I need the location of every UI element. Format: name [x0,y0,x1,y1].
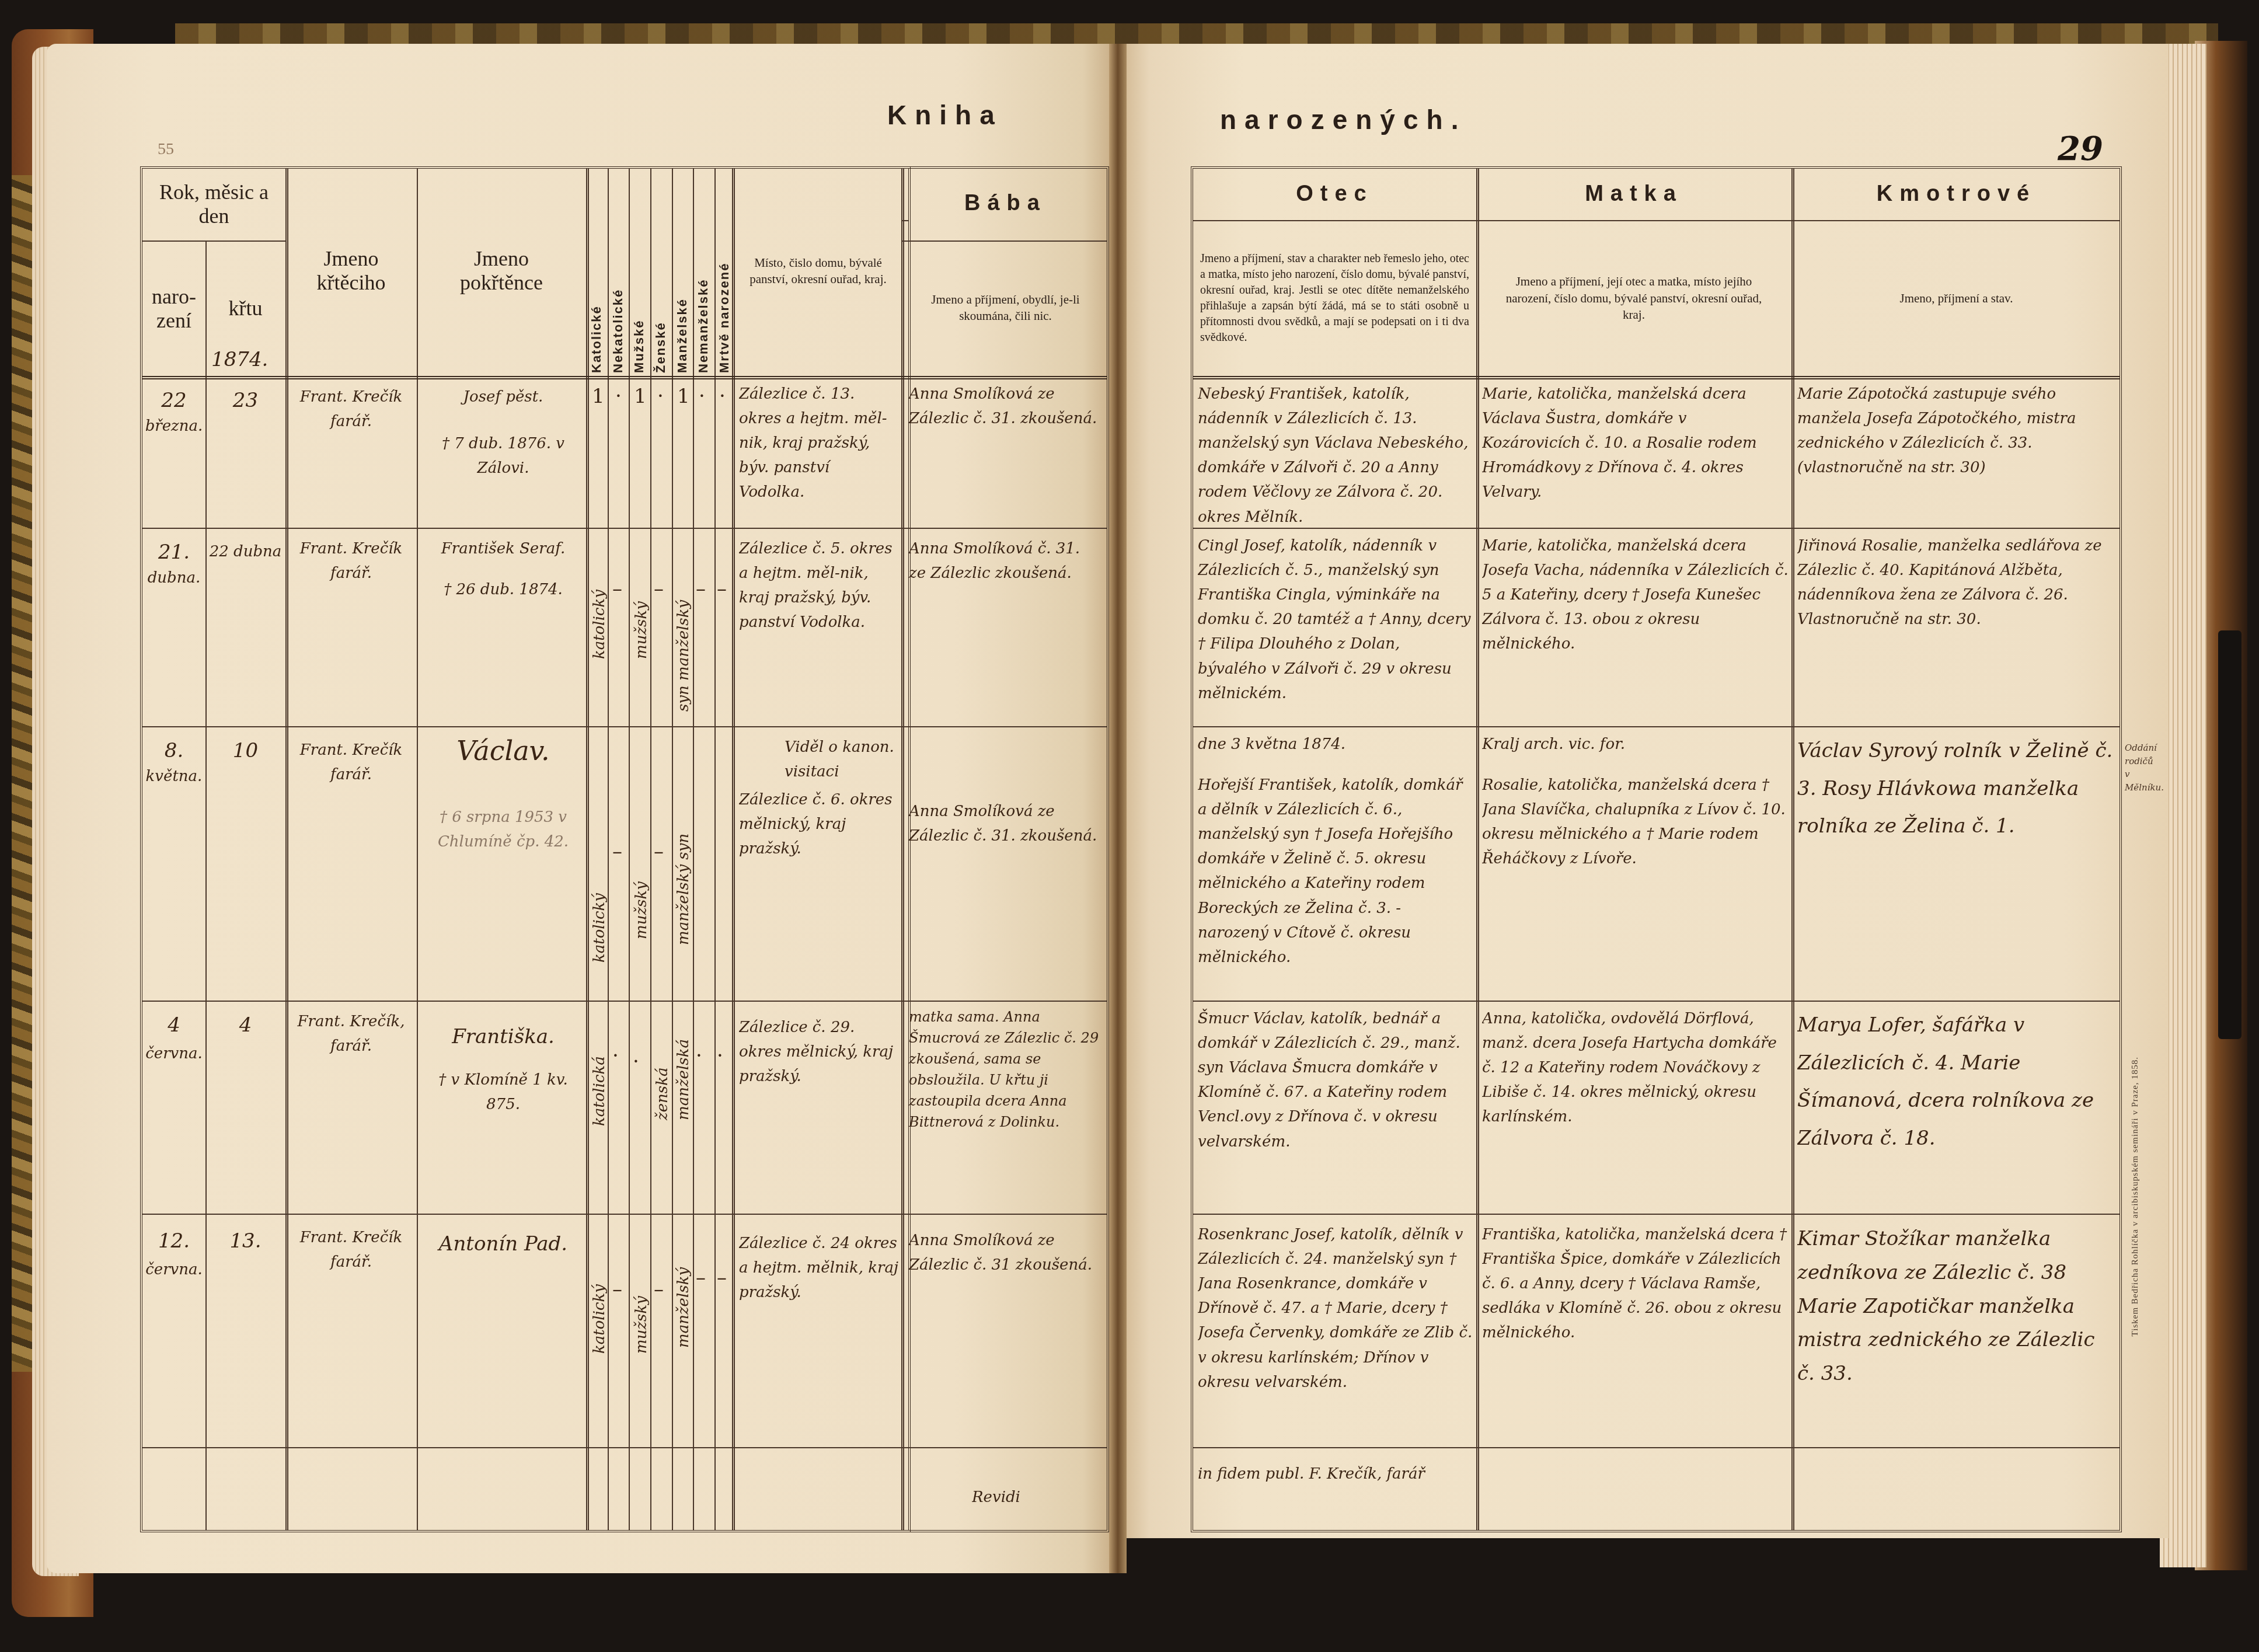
header-godparents-sub: Jmeno, příjmení a stav. [1791,222,2121,374]
row-divider [142,726,908,727]
header-bottom-rule [1193,376,2119,379]
entry4-mark: · [717,1044,723,1068]
entry1-mark-male: 1 [634,385,647,408]
entry5-mark-marital: manželský [675,1231,692,1348]
col-divider [629,169,630,1530]
entry2-father: Cingl Josef, katolík, nádenník v Zálezli… [1198,534,1473,723]
entry5-mark: – [717,1266,727,1289]
entry1-godparents: Marie Zápotočká zastupuje svého manžela … [1797,382,2115,525]
row-divider [902,1447,1107,1448]
row-divider [1193,528,2119,529]
entry4-mark-female: ženská [654,1038,671,1120]
header-place: Místo, čislo domu, bývalé panství, okres… [735,169,901,373]
entry1-mark: · [615,385,622,408]
book-gutter [1109,44,1127,1573]
header-male: Mužské [632,250,647,373]
entry5-place: Zálezlice č. 24 okres a hejtm. mělnik, k… [739,1231,900,1441]
entry4-midwife: matka sama. Anna Šmucrová ze Zálezlic č.… [909,1006,1101,1211]
row-divider [142,1447,908,1448]
header-midwife-sub: Jmeno a příjmení, obydlí, je-li skoumána… [902,243,1109,372]
header-stillborn: Mrtvě narozené [717,210,732,373]
entry4-mark-catholic: katolická [591,1009,608,1126]
entry1-baptism-day: 23 [205,385,285,417]
entry2-mark: – [612,577,622,601]
entry2-birth-month: dubna. [142,566,205,590]
entry2-mark: – [654,577,664,601]
title-right: narozených. [1220,104,1466,135]
header-baptizer: Jmeno křtěciho [285,169,417,373]
entry4-godparents: Marya Lofer, šafářka v Zálezlicích č. 4.… [1797,1006,2115,1211]
entry3-visitation-note: Viděl o kanon. visitaci [785,735,901,784]
entry2-midwife: Anna Smolíková č. 31. ze Zálezlic zkouše… [909,536,1101,717]
col-divider [693,169,694,1530]
entry3-mother: Rosalie, katolička, manželská dcera † Ja… [1482,773,1789,998]
header-birth: naro-zení [142,245,205,373]
entry3-mark-marital: manželský syn [675,764,692,945]
entry2-godparents: Jiřinová Rosalie, manželka sedlářova ze … [1797,534,2115,723]
entry4-father: Šmucr Václav, katolík, bednář a domkář v… [1198,1006,1473,1211]
entry3-father: Hořejší František, katolík, domkář a děl… [1198,773,1473,998]
entry5-baptism-day: 13. [205,1225,285,1257]
entry2-mark-catholic: katolický [591,542,608,659]
header-bottom-rule [142,376,908,379]
entry5-mark: – [612,1278,622,1301]
row-divider [142,528,908,529]
register-table-left: Rok, měsic a den naro-zení křtu 1874. Jm… [140,166,911,1532]
entry1-child-note: † 7 dub. 1876. v Zálovi. [421,431,585,480]
entry4-mark: · [633,1050,639,1074]
margin-note-marriage: Oddání rodičů v Mělníku. [2125,741,2157,794]
entry2-child: František Seraf. [421,536,585,561]
entry1-place: Zálezlice č. 13. okres a hejtm. měl-nik,… [739,382,900,522]
entry5-father: Rosenkranc Josef, katolík, dělník v Zále… [1198,1222,1473,1444]
entry3-mark-male: mužský [633,787,650,939]
row-divider [1193,1001,2119,1002]
entry4-child: Františka. [421,1021,585,1053]
row-divider [1193,726,2119,727]
entry2-child-note: † 26 dub. 1874. [421,577,585,602]
entry3-mark: – [612,840,622,863]
row-divider [902,726,1107,727]
footer-signature: in fidem publ. F. Krečík, farář [1198,1462,1723,1486]
entry4-place: Zálezlice č. 29. okres mělnický, kraj pr… [739,1015,900,1208]
entry3-birth-day: 8. [142,735,205,767]
entry5-birth-month: června. [142,1257,205,1282]
entry5-mark-male: mužský [633,1237,650,1354]
entry5-baptizer: Frant. Krečík farář. [288,1225,414,1274]
entry2-baptizer: Frant. Krečík farář. [288,536,414,585]
entry4-baptism-day: 4 [205,1009,285,1041]
entry4-child-note: † v Klomíně 1 kv. 875. [421,1068,585,1117]
entry2-mark-male: mužský [633,542,650,659]
entry3-mother-note: Kralj arch. vic. for. [1482,732,1789,757]
entry3-mark-catholic: katolický [591,787,608,963]
entry3-father-note: dne 3 května 1874. [1198,732,1473,757]
entry1-mark: · [719,385,726,408]
header-female: Ženské [653,250,668,373]
header-bottom-rule [902,376,1107,379]
header-mother-title: Matka [1476,169,1791,220]
entry4-mother: Anna, katolička, ovdovělá Dörflová, manž… [1482,1006,1789,1211]
row-divider [1193,1447,2119,1448]
entry5-mark: – [654,1278,664,1301]
midwife-column: Bába Jmeno a příjmení, obydlí, je-li sko… [902,166,1109,1532]
entry3-baptizer: Frant. Krečík farář. [288,738,414,787]
row-divider [142,1001,908,1002]
header-catholic: Katolické [589,233,604,373]
entry2-mark: – [696,577,706,601]
entry5-mark: – [696,1266,706,1289]
row-divider [1193,220,2119,221]
col-divider [714,169,716,1530]
revision-mark: Revidi [972,1485,1089,1510]
header-godparents-title: Kmotrové [1791,169,2121,220]
corner-mark: 55 [158,140,174,159]
col-divider [672,169,673,1530]
header-date-group: Rok, měsic a den [142,172,285,236]
entry1-mark-catholic: 1 [592,385,605,408]
entry3-child-note: † 6 srpna 1953 v Chlumíně čp. 42. [421,805,585,854]
entry5-mark-catholic: katolický [591,1237,608,1354]
register-table-right: Otec Jmeno a příjmení, stav a charakter … [1191,166,2122,1532]
book-clasp [2218,630,2241,1039]
entry3-child: Václav. [421,729,585,773]
col-divider [650,169,651,1530]
header-non-catholic: Nekatolické [611,227,626,373]
row-divider [902,1214,1107,1215]
entry2-place: Zálezlice č. 5. okres a hejtm. měl-nik, … [739,536,900,723]
entry4-mark: · [612,1044,619,1068]
entry1-father: Nebeský František, katolík, nádenník v Z… [1198,382,1473,525]
entry2-mark: – [717,577,727,601]
entry4-baptizer: Frant. Krečík, farář. [288,1009,414,1058]
header-marital: Manželské [675,239,690,373]
row-divider [902,241,1107,242]
col-divider [205,242,207,1530]
entry2-baptism-day: 22 dubna [205,539,285,564]
entry4-birth-day: 4 [142,1009,205,1041]
entry3-godparents: Václav Syrový rolník v Želině č. 3. Rosy… [1797,732,2115,995]
entry4-mark: · [696,1044,702,1068]
entry5-midwife: Anna Smolíková ze Zálezlic č. 31 zkoušen… [909,1228,1101,1438]
entry1-mark: · [657,385,664,408]
entry1-mark: · [699,385,705,408]
entry5-child: Antonín Pad. [421,1228,585,1260]
entry5-godparents: Kimar Stožíkar manželka zedníkova ze Zál… [1797,1222,2115,1444]
entry5-birth-day: 12. [142,1225,205,1257]
title-left: Kniha [887,99,1003,131]
entry3-mark: – [654,840,664,863]
header-father-sub: Jmeno a příjmení, stav a charakter neb ř… [1193,222,1476,374]
entry1-child: Josef pěst. [421,385,585,409]
printer-imprint: Tiskem Bedřicha Rohlíčka v arcibiskupské… [2131,1057,2141,1336]
entry2-mark-marital: syn manželský [675,542,692,712]
entry3-baptism-day: 10 [205,735,285,767]
page-number: 29 [2058,130,2103,168]
header-year: 1874. [211,344,281,376]
row-divider [902,1001,1107,1002]
entry1-midwife: Anna Smolíková ze Zálezlic č. 31. zkouše… [909,382,1101,522]
entry1-mark-marital: 1 [677,385,690,408]
row-divider [142,241,285,242]
entry4-mark-marital: manželská [675,1027,692,1120]
header-father-title: Otec [1193,169,1476,220]
entry3-birth-month: května. [142,764,205,789]
entry4-birth-month: června. [142,1041,205,1066]
entry5-mother: Františka, katolička, manželská dcera † … [1482,1222,1789,1444]
entry3-midwife: Anna Smolíková ze Zálezlic č. 31. zkouše… [909,799,1101,992]
header-midwife-title: Bába [902,169,1109,239]
row-divider [142,1214,908,1215]
entry2-mother: Marie, katolička, manželská dcera Josefa… [1482,534,1789,723]
entry1-baptizer: Frant. Krečík farář. [288,385,414,434]
entry1-birth-month: března. [142,414,205,438]
row-divider [902,528,1107,529]
entry3-place: Zálezlice č. 6. okres mělnický, kraj pra… [739,787,900,992]
entry1-mother: Marie, katolička, manželská dcera Václav… [1482,382,1789,525]
row-divider [1193,1214,2119,1215]
entry1-birth-day: 22 [142,385,205,417]
entry2-birth-day: 21. [142,536,205,569]
header-illegitimate: Nemanželské [696,227,711,373]
header-baptized: Jmeno pokřtěnce [417,169,586,373]
header-mother-sub: Jmeno a příjmení, její otec a matka, mís… [1476,222,1791,374]
